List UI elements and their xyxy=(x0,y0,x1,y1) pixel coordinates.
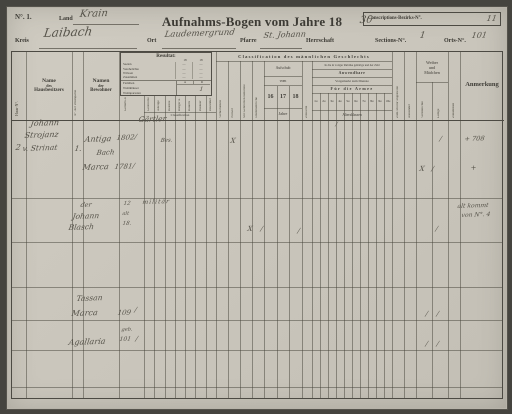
resultat-dash: — xyxy=(175,75,192,79)
armee-col: 1te xyxy=(312,94,320,110)
remark-entry: + 708 xyxy=(464,135,485,142)
armee-col: 2te xyxy=(320,94,328,110)
militar-column-header: Zum Militär abgestellte xyxy=(396,56,399,118)
owner-name-line2: Strojanz xyxy=(24,131,59,140)
birth-year: geb. xyxy=(121,328,133,333)
owner-name-line3: v. Strinat xyxy=(22,144,58,153)
resultat-sub-box: Familien Wohnhäuser Wohnparteien A R 1 xyxy=(121,80,211,96)
male-col-gebrechen: Mit Gebrechen behaftete xyxy=(243,63,246,118)
auslaender-column-header: Ausländer xyxy=(408,56,411,118)
owner-name-line1: Johann xyxy=(30,119,60,128)
grid-line-vertical xyxy=(240,61,241,398)
female-col-verehelichte: Verehelichte xyxy=(421,84,424,118)
class-col-haeusler: Häusler xyxy=(199,97,202,111)
land-label: Land xyxy=(59,16,73,22)
grid-line-vertical xyxy=(336,93,337,398)
aufschub-title: Aufschub xyxy=(264,62,302,75)
female-line3: Mädchen xyxy=(424,70,440,75)
note-entry: militär xyxy=(142,199,170,206)
class-col-beamte: Beamte xyxy=(168,97,171,111)
haus-nr-column-header: Haus-N°. xyxy=(15,56,19,116)
wohnpartei-column-header: N°. der Wohnpartei xyxy=(74,56,77,116)
tally-mark: / xyxy=(260,226,263,233)
zuwachs-column-header: Zuwachs xyxy=(305,63,308,118)
inhabitant-name: Marca xyxy=(82,163,109,172)
aufschub-foot-jahre: Jahre xyxy=(264,109,302,120)
grid-line-vertical xyxy=(392,52,393,398)
resultat-row-label: Zusammen xyxy=(123,75,175,79)
sections-value-handwritten: 1 xyxy=(419,32,426,41)
form-number: N°. 1. xyxy=(15,14,32,21)
ort-value-handwritten: Laudemergrund xyxy=(164,29,235,40)
grid-line-horizontal xyxy=(12,320,502,321)
header-bottom-rule xyxy=(12,120,504,121)
grid-line-vertical xyxy=(264,61,265,398)
inhabitant-name: Johann xyxy=(72,212,100,220)
sections-label: Sections-N°. xyxy=(375,38,406,44)
zusammen-column-header: Zusammen xyxy=(452,56,455,118)
grid-line-horizontal xyxy=(12,350,502,351)
class-col-bauern: Bauern xyxy=(188,97,191,111)
female-group-header: Weiber und Mädchen xyxy=(416,54,448,81)
aufschub-sub-label: vom xyxy=(264,77,302,85)
grid-line-vertical xyxy=(216,52,217,398)
conscription-district-box: Conscriptions-Bezirks-N°. 11 xyxy=(363,12,501,26)
hausbesitzer-line3: Hausbesitzers xyxy=(34,88,64,93)
aufschub-year-17: 17 xyxy=(277,86,289,108)
tally-mark: / xyxy=(134,307,137,314)
armee-col: 5te xyxy=(344,94,352,110)
birth-year: 109 xyxy=(117,310,131,317)
pfarre-label: Pfarre xyxy=(240,38,257,44)
aufschub-year-16: 16 xyxy=(264,86,277,108)
bewohner-line3: Bewohner xyxy=(90,88,112,93)
grid-line-vertical xyxy=(352,93,353,398)
grid-line-vertical xyxy=(328,93,329,398)
kreis-value-handwritten: Laibach xyxy=(43,25,93,39)
kreis-label: Kreis xyxy=(15,38,29,44)
grid-line-horizontal xyxy=(12,242,502,243)
orts-value-handwritten: 101 xyxy=(471,31,487,40)
male-col-unentbehrliche: Unentbehrliche xyxy=(255,63,258,118)
tally-mark: / xyxy=(436,341,439,348)
note-entry: Bes. xyxy=(160,139,173,145)
age-entry: alt xyxy=(122,212,129,217)
age-entry: 12 xyxy=(123,202,131,208)
armee-col: 8te xyxy=(368,94,376,110)
armee-anwendbare: Anwendbare xyxy=(312,70,392,77)
tally-mark: / xyxy=(135,336,138,343)
resultat-row: Zusammen—— xyxy=(121,75,211,79)
male-note-caption: In die in voriger Rubrike gehörige und d… xyxy=(312,62,392,69)
grid-line-vertical xyxy=(384,93,385,398)
grid-line-vertical xyxy=(144,96,145,398)
resultat-sub-col-a: A xyxy=(177,81,193,85)
inhabitant-name: Marca xyxy=(71,309,98,318)
grid-line-vertical xyxy=(185,96,186,398)
male-col-verheirathete: Verheirathete xyxy=(219,63,222,118)
grid-line-vertical xyxy=(448,52,449,398)
tally-mark: / xyxy=(436,311,439,318)
grid-line-vertical xyxy=(376,93,377,398)
census-table: Haus-N°. Name des Hausbesitzers N°. der … xyxy=(11,51,503,399)
resultat-sub-col-r: R xyxy=(193,81,210,85)
ort-baseline xyxy=(162,48,236,49)
grid-line-vertical xyxy=(344,93,345,398)
grid-line-vertical xyxy=(175,96,176,398)
armee-col: 10te xyxy=(384,94,392,110)
inhabitant-name: Agallaria xyxy=(68,338,106,347)
geburtsjahr-column-header: Geburts-Jahr xyxy=(124,97,127,111)
tally-mark: / xyxy=(335,122,338,128)
male-classification-caption: Classification des männlichen Geschlecht… xyxy=(216,52,392,61)
tally-mark: / xyxy=(134,134,137,141)
resultat-box: Resultat: 18 18 Seelen—— Verehelichte—— … xyxy=(120,52,212,96)
tally-mark: / xyxy=(132,163,135,170)
inhabitant-name: Tassan xyxy=(76,294,103,302)
remark-entry: alt kommt xyxy=(457,203,489,210)
male-col-witwer: Witwer xyxy=(231,63,234,118)
grid-line-vertical xyxy=(119,52,120,398)
status-entry: Gärtler xyxy=(138,115,167,123)
grid-line-vertical xyxy=(368,93,369,398)
form-title: Aufnahms-Bogen vom Jahre 18 xyxy=(137,15,367,28)
grid-line-horizontal xyxy=(12,387,502,388)
grid-line-vertical xyxy=(312,61,313,398)
grid-line-vertical xyxy=(320,93,321,398)
grid-line-horizontal xyxy=(12,198,502,199)
birth-year: 1802 xyxy=(116,134,135,142)
armee-col: 6te xyxy=(352,94,360,110)
tally-mark: X xyxy=(230,138,236,145)
remark-entry: von N°. 4 xyxy=(461,212,491,219)
tally-mark: / xyxy=(425,341,428,348)
age-entry: 18. xyxy=(122,222,132,228)
pfarre-baseline xyxy=(260,48,302,49)
grid-line-vertical xyxy=(302,61,303,398)
armee-col: 7te xyxy=(360,94,368,110)
female-col-ledige: Ledige xyxy=(437,84,440,118)
ort-label: Ort xyxy=(147,38,156,44)
grid-line-vertical xyxy=(206,96,207,398)
grid-line-vertical xyxy=(360,93,361,398)
armee-col: 9te xyxy=(376,94,384,110)
class-col-buerger: Bürger u. Professionisten xyxy=(178,97,181,111)
armee-title: Für die Armee xyxy=(312,86,392,93)
class-col-inwohner: Inwohner xyxy=(209,97,212,111)
resultat-sub-grid: A R 1 xyxy=(176,81,211,96)
grid-line-vertical xyxy=(195,96,196,398)
tally-mark: X xyxy=(247,226,253,233)
tally-mark: / xyxy=(425,311,428,318)
grid-line-vertical xyxy=(154,96,155,398)
inhabitant-name: Antiga xyxy=(84,135,112,144)
land-value-handwritten: Krain xyxy=(79,9,108,20)
hausbesitzer-column-header: Name des Hausbesitzers xyxy=(26,58,72,114)
kreis-baseline xyxy=(39,48,137,49)
herrschaft-label: Herrschaft xyxy=(306,38,334,44)
orts-label: Orts-N°. xyxy=(444,38,466,44)
armee-vorgemerkt: Vorgemerkt zum Dienste xyxy=(312,78,392,85)
tally-mark: / xyxy=(435,226,438,233)
grid-line-vertical xyxy=(404,52,405,398)
armee-col: 3te xyxy=(328,94,336,110)
resultat-sub-labels: Familien Wohnhäuser Wohnparteien xyxy=(121,81,176,96)
anmerkung-column-header: Anmerkung xyxy=(460,78,504,92)
class-col-adelige: Adelige xyxy=(157,97,160,111)
census-form-paper: N°. 1. Land Krain Aufnahms-Bogen vom Jah… xyxy=(6,6,508,410)
grid-line-vertical xyxy=(228,61,229,398)
resultat-sub-value-handwritten: 1 xyxy=(199,87,204,93)
party-number-entry: 1. xyxy=(74,145,82,153)
tally-mark: X xyxy=(419,166,425,173)
grid-line-vertical xyxy=(460,52,461,398)
pfarre-value-handwritten: St. Johann xyxy=(263,31,306,40)
tally-mark: / xyxy=(439,136,442,143)
birth-year: 101 xyxy=(119,337,131,343)
tally-mark: / xyxy=(431,166,434,173)
resultat-dash: — xyxy=(192,75,209,79)
conscription-label: Conscriptions-Bezirks-N°. xyxy=(368,17,422,22)
grid-line-horizontal xyxy=(12,287,502,288)
title-year-handwritten: 30 xyxy=(359,16,373,26)
grid-line-vertical xyxy=(26,52,27,398)
aufschub-year-18: 18 xyxy=(289,86,302,108)
grid-line-vertical xyxy=(416,52,417,398)
bewohner-column-header: Namen der Bewohner xyxy=(83,60,119,112)
birth-year: 1781 xyxy=(114,163,133,171)
house-number-entry: 2 xyxy=(15,144,21,152)
inhabitant-name: Blasch xyxy=(68,223,94,231)
class-col-geistliche: Geistliche xyxy=(147,97,150,111)
inhabitant-name: der xyxy=(80,202,92,209)
remark-entry: + xyxy=(470,165,477,172)
armee-col: 4te xyxy=(336,94,344,110)
tally-mark: / xyxy=(297,228,300,235)
resultat-sub-label: Wohnparteien xyxy=(123,91,176,96)
inhabitant-name: Bach xyxy=(96,149,115,157)
conscription-value-handwritten: 11 xyxy=(486,15,497,23)
